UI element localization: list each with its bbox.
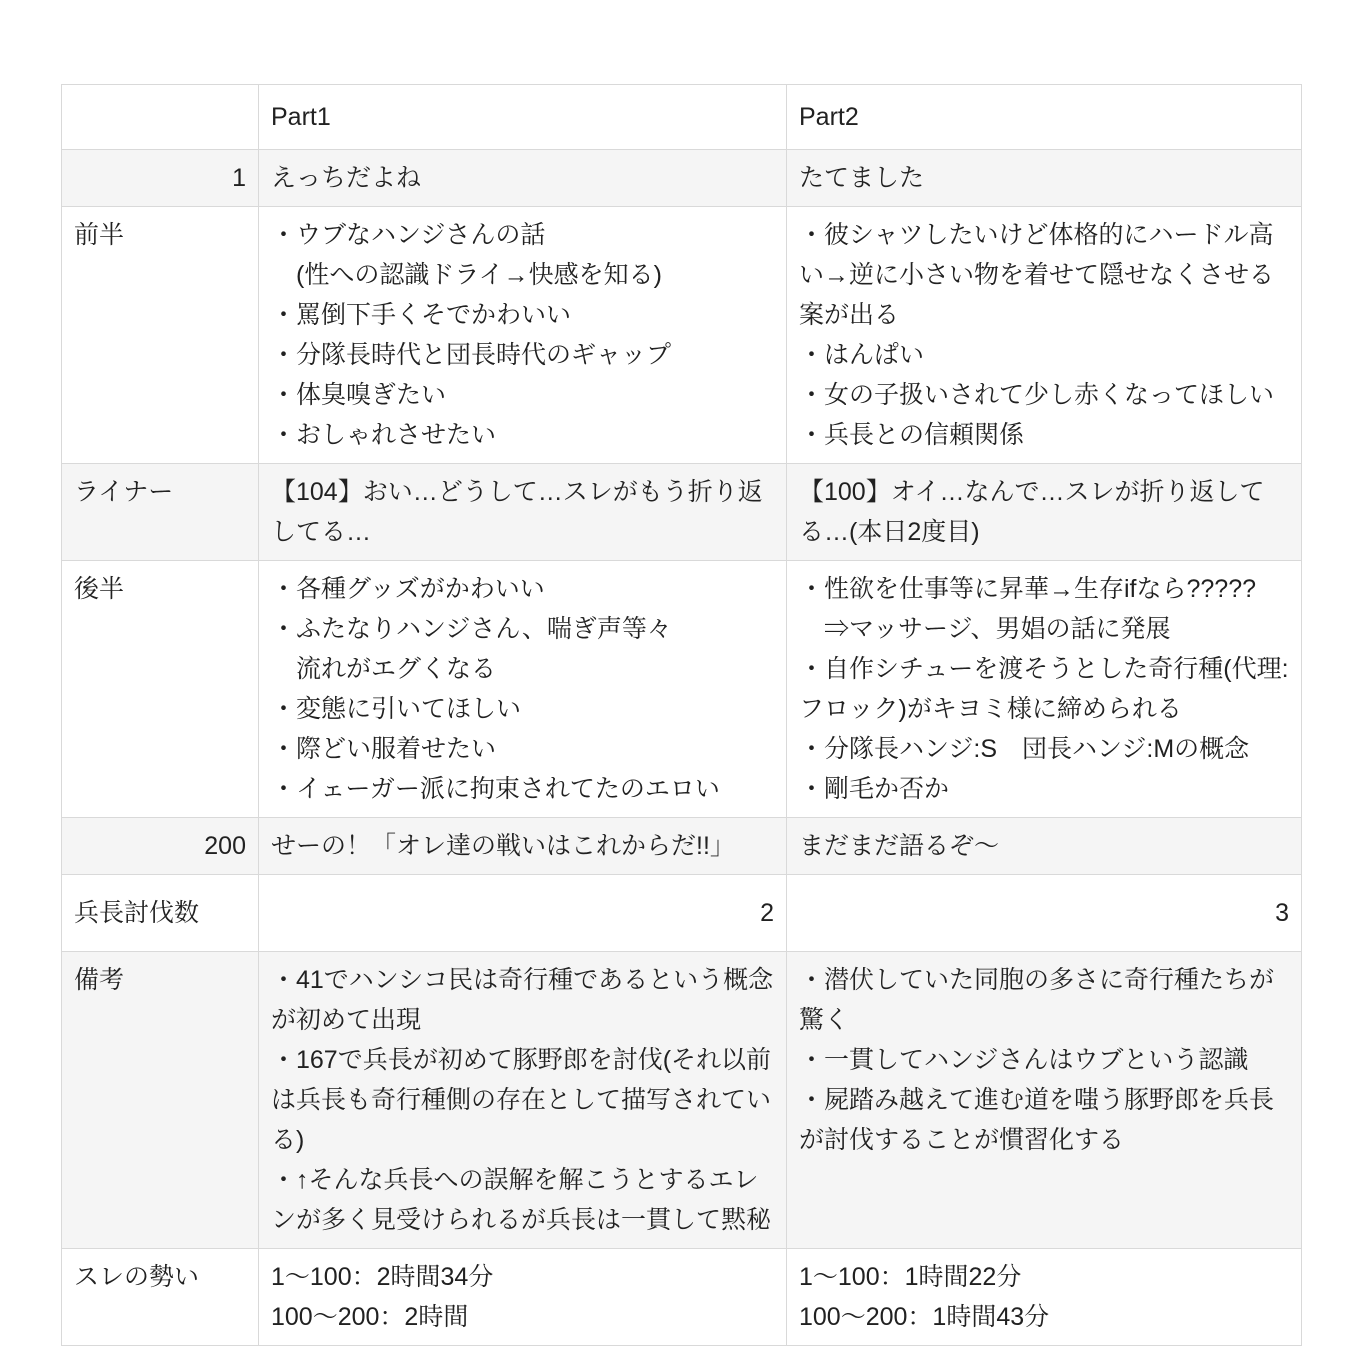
cell-part2: ・彼シャツしたいけど体格的にハードル高い→逆に小さい物を着せて隠せなくさせる案が… bbox=[787, 207, 1302, 464]
row-label: 200 bbox=[62, 818, 259, 875]
row-reply1: 1 えっちだよね たてました bbox=[62, 150, 1302, 207]
cell-part1: ・各種グッズがかわいい ・ふたなりハンジさん、喘ぎ声等々 流れがエグくなる ・変… bbox=[259, 561, 787, 818]
header-part1-cell: Part1 bbox=[259, 85, 787, 150]
cell-part2: ・潜伏していた同胞の多さに奇行種たちが驚く ・一貫してハンジさんはウブという認識… bbox=[787, 952, 1302, 1249]
row-zenhan: 前半 ・ウブなハンジさんの話 (性への認識ドライ→快感を知る) ・罵倒下手くそで… bbox=[62, 207, 1302, 464]
row-label: 1 bbox=[62, 150, 259, 207]
row-label: 後半 bbox=[62, 561, 259, 818]
cell-part1: ・ウブなハンジさんの話 (性への認識ドライ→快感を知る) ・罵倒下手くそでかわい… bbox=[259, 207, 787, 464]
header-part2-cell: Part2 bbox=[787, 85, 1302, 150]
row-label: ライナー bbox=[62, 464, 259, 561]
row-reply200: 200 せーの！「オレ達の戦いはこれからだ!!」 まだまだ語るぞ〜 bbox=[62, 818, 1302, 875]
cell-part1: 1〜100：2時間34分 100〜200：2時間 bbox=[259, 1249, 787, 1346]
cell-part2: 【100】オイ…なんで…スレが折り返してる…(本日2度目) bbox=[787, 464, 1302, 561]
row-heicho-tobatsu: 兵長討伐数 2 3 bbox=[62, 875, 1302, 952]
row-label: 前半 bbox=[62, 207, 259, 464]
cell-part1: せーの！「オレ達の戦いはこれからだ!!」 bbox=[259, 818, 787, 875]
cell-part1: 【104】おい…どうして…スレがもう折り返してる… bbox=[259, 464, 787, 561]
row-label: 備考 bbox=[62, 952, 259, 1249]
thread-comparison-table: Part1 Part2 1 えっちだよね たてました 前半 ・ウブなハンジさんの… bbox=[61, 84, 1302, 1346]
cell-part2: まだまだ語るぞ〜 bbox=[787, 818, 1302, 875]
cell-part2: たてました bbox=[787, 150, 1302, 207]
table-header-row: Part1 Part2 bbox=[62, 85, 1302, 150]
thread-comparison-table-container: Part1 Part2 1 えっちだよね たてました 前半 ・ウブなハンジさんの… bbox=[61, 84, 1302, 1346]
row-label: スレの勢い bbox=[62, 1249, 259, 1346]
cell-part2: 3 bbox=[787, 875, 1302, 952]
cell-part2: 1〜100：1時間22分 100〜200：1時間43分 bbox=[787, 1249, 1302, 1346]
row-liner: ライナー 【104】おい…どうして…スレがもう折り返してる… 【100】オイ…な… bbox=[62, 464, 1302, 561]
cell-part2: ・性欲を仕事等に昇華→生存ifなら????? ⇒マッサージ、男娼の話に発展 ・自… bbox=[787, 561, 1302, 818]
row-bikou: 備考 ・41でハンシコ民は奇行種であるという概念が初めて出現 ・167で兵長が初… bbox=[62, 952, 1302, 1249]
row-label: 兵長討伐数 bbox=[62, 875, 259, 952]
cell-part1: ・41でハンシコ民は奇行種であるという概念が初めて出現 ・167で兵長が初めて豚… bbox=[259, 952, 787, 1249]
cell-part1: 2 bbox=[259, 875, 787, 952]
header-corner-cell bbox=[62, 85, 259, 150]
row-kouhan: 後半 ・各種グッズがかわいい ・ふたなりハンジさん、喘ぎ声等々 流れがエグくなる… bbox=[62, 561, 1302, 818]
cell-part1: えっちだよね bbox=[259, 150, 787, 207]
row-sure-ikioi: スレの勢い 1〜100：2時間34分 100〜200：2時間 1〜100：1時間… bbox=[62, 1249, 1302, 1346]
